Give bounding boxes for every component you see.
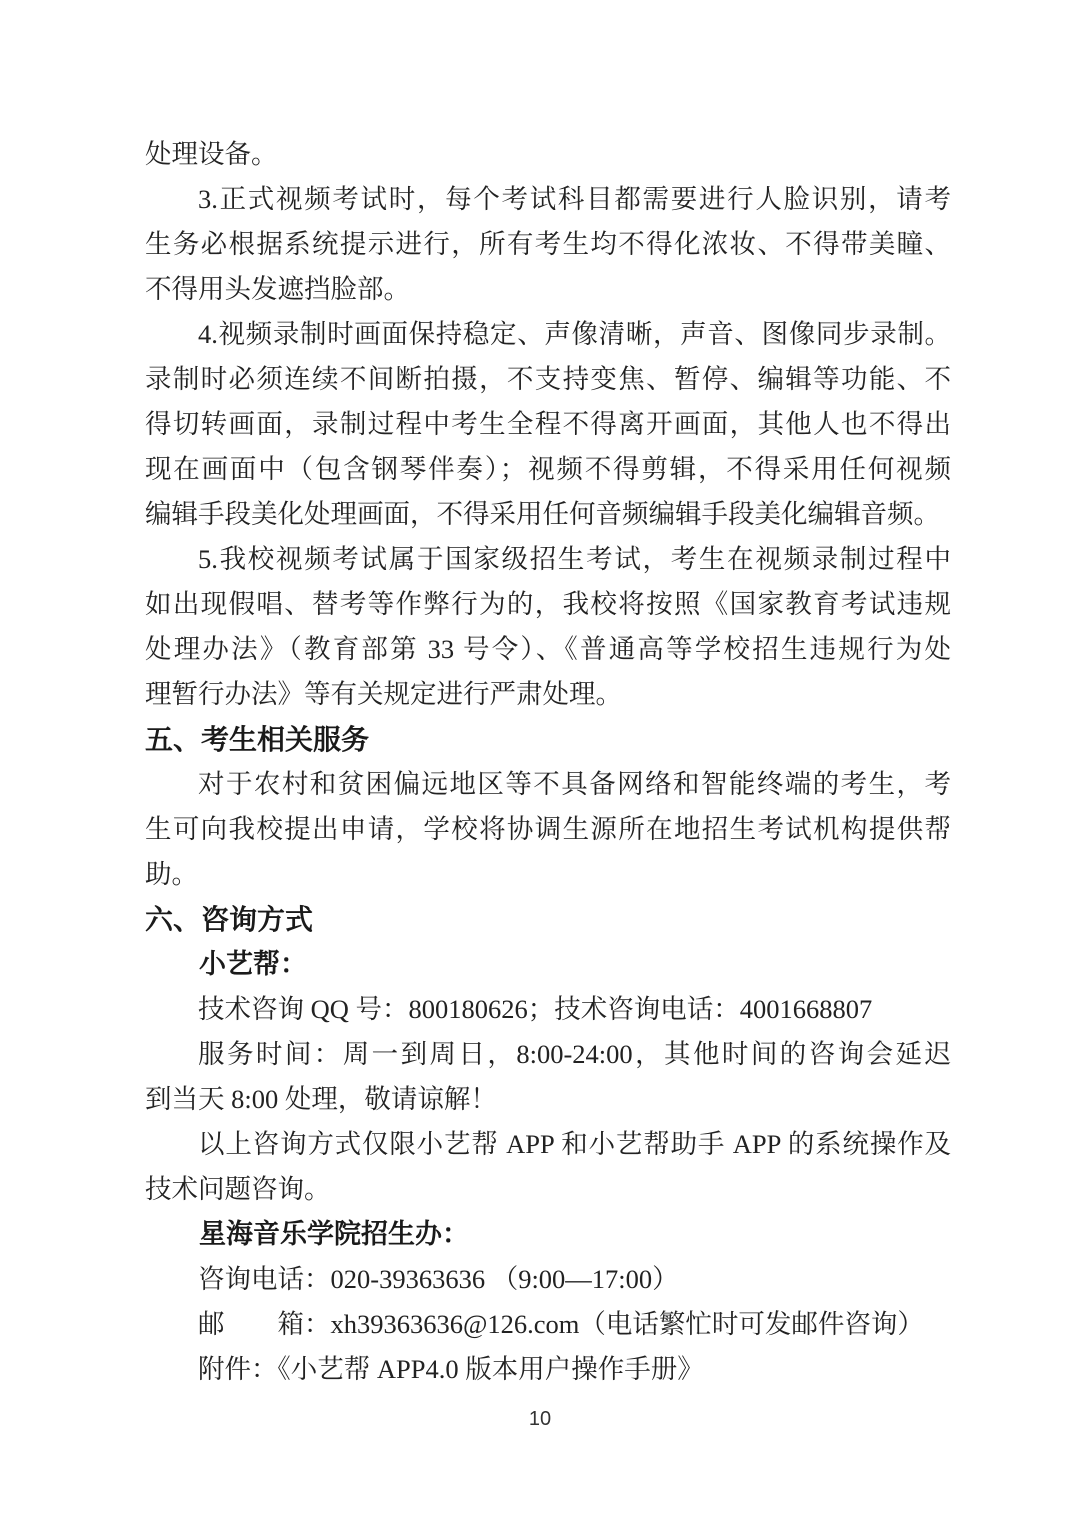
text-line: 得切转画面，录制过程中考生全程不得离开画面，其他人也不得出 [145, 402, 951, 447]
sub-heading: 小艺帮： [145, 942, 951, 987]
text-line: 编辑手段美化处理画面，不得采用任何音频编辑手段美化编辑音频。 [145, 492, 951, 537]
paragraph: 3.正式视频考试时，每个考试科目都需要进行人脸识别，请考生务必根据系统提示进行，… [145, 177, 951, 312]
paragraph: 4.视频录制时画面保持稳定、声像清晰，声音、图像同步录制。录制时必须连续不间断拍… [145, 312, 951, 537]
paragraph: 对于农村和贫困偏远地区等不具备网络和智能终端的考生，考生可向我校提出申请，学校将… [145, 762, 951, 897]
section-heading: 六、咨询方式 [145, 897, 951, 942]
sub-heading: 星海音乐学院招生办： [145, 1212, 951, 1257]
text-line: 六、咨询方式 [145, 897, 951, 942]
paragraph: 5.我校视频考试属于国家级招生考试，考生在视频录制过程中如出现假唱、替考等作弊行… [145, 537, 951, 717]
text-line: 小艺帮： [145, 942, 951, 987]
page-number: 10 [0, 1408, 1080, 1431]
text-line: 3.正式视频考试时，每个考试科目都需要进行人脸识别，请考 [145, 177, 951, 222]
paragraph: 邮 箱：xh39363636@126.com（电话繁忙时可发邮件咨询） [145, 1302, 951, 1347]
text-line: 咨询电话：020-39363636 （9:00—17:00） [145, 1257, 951, 1302]
text-line: 邮 箱：xh39363636@126.com（电话繁忙时可发邮件咨询） [145, 1302, 951, 1347]
text-line: 对于农村和贫困偏远地区等不具备网络和智能终端的考生，考 [145, 762, 951, 807]
text-line: 理暂行办法》等有关规定进行严肃处理。 [145, 672, 951, 717]
text-line: 附件：《小艺帮 APP4.0 版本用户操作手册》 [145, 1347, 951, 1392]
document-page: 处理设备。3.正式视频考试时，每个考试科目都需要进行人脸识别，请考生务必根据系统… [0, 0, 1080, 1527]
text-line: 不得用头发遮挡脸部。 [145, 267, 951, 312]
document-body: 处理设备。3.正式视频考试时，每个考试科目都需要进行人脸识别，请考生务必根据系统… [145, 132, 951, 1392]
text-line: 技术咨询 QQ 号：800180626；技术咨询电话：4001668807 [145, 987, 951, 1032]
text-line: 现在画面中（包含钢琴伴奏）；视频不得剪辑，不得采用任何视频 [145, 447, 951, 492]
paragraph: 处理设备。 [145, 132, 951, 177]
section-heading: 五、考生相关服务 [145, 717, 951, 762]
text-line: 5.我校视频考试属于国家级招生考试，考生在视频录制过程中 [145, 537, 951, 582]
text-line: 星海音乐学院招生办： [145, 1212, 951, 1257]
text-line: 服务时间：周一到周日，8:00-24:00，其他时间的咨询会延迟 [145, 1032, 951, 1077]
text-line: 处理办法》（教育部第 33 号令）、《普通高等学校招生违规行为处 [145, 627, 951, 672]
paragraph: 技术咨询 QQ 号：800180626；技术咨询电话：4001668807 [145, 987, 951, 1032]
text-line: 助。 [145, 852, 951, 897]
text-line: 到当天 8:00 处理，敬请谅解！ [145, 1077, 951, 1122]
paragraph: 咨询电话：020-39363636 （9:00—17:00） [145, 1257, 951, 1302]
text-line: 如出现假唱、替考等作弊行为的，我校将按照《国家教育考试违规 [145, 582, 951, 627]
text-line: 4.视频录制时画面保持稳定、声像清晰，声音、图像同步录制。 [145, 312, 951, 357]
text-line: 处理设备。 [145, 132, 951, 177]
paragraph: 服务时间：周一到周日，8:00-24:00，其他时间的咨询会延迟到当天 8:00… [145, 1032, 951, 1122]
paragraph: 以上咨询方式仅限小艺帮 APP 和小艺帮助手 APP 的系统操作及技术问题咨询。 [145, 1122, 951, 1212]
text-line: 技术问题咨询。 [145, 1167, 951, 1212]
paragraph: 附件：《小艺帮 APP4.0 版本用户操作手册》 [145, 1347, 951, 1392]
text-line: 生可向我校提出申请，学校将协调生源所在地招生考试机构提供帮 [145, 807, 951, 852]
text-line: 以上咨询方式仅限小艺帮 APP 和小艺帮助手 APP 的系统操作及 [145, 1122, 951, 1167]
text-line: 录制时必须连续不间断拍摄，不支持变焦、暂停、编辑等功能、不 [145, 357, 951, 402]
text-line: 五、考生相关服务 [145, 717, 951, 762]
text-line: 生务必根据系统提示进行，所有考生均不得化浓妆、不得带美瞳、 [145, 222, 951, 267]
